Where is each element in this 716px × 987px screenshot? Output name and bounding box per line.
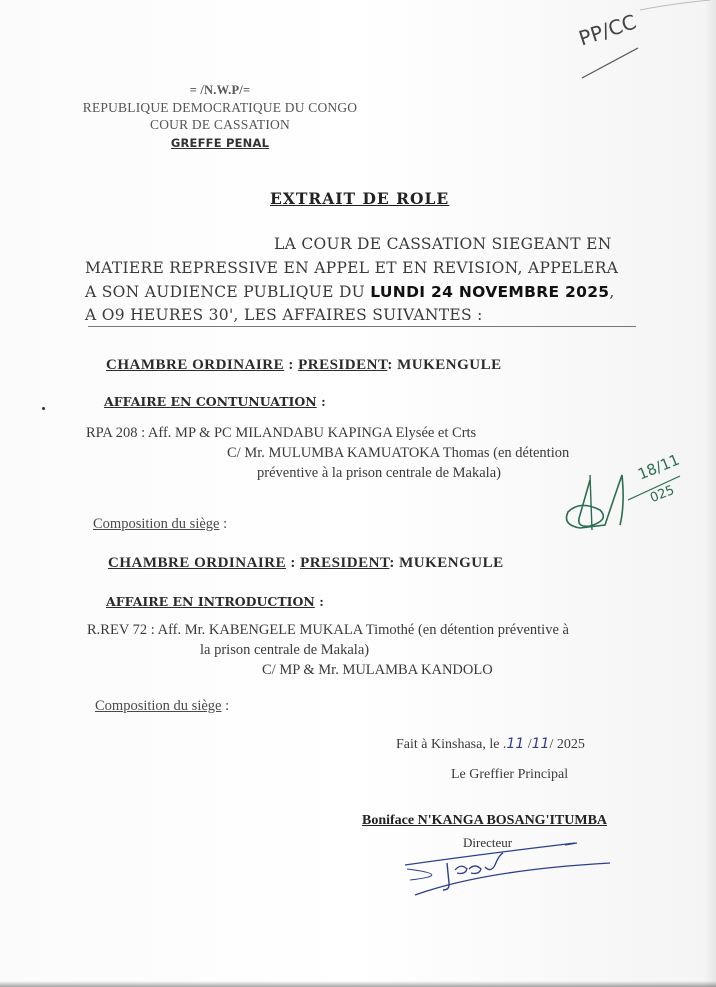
chamber-label: CHAMBRE ORDINAIRE bbox=[108, 555, 286, 571]
separator: : bbox=[286, 555, 300, 571]
case-line: RPA 208 : Aff. MP & PC MILANDABU KAPINGA… bbox=[86, 425, 476, 442]
court-name: COUR DE CASSATION bbox=[70, 117, 370, 133]
hearing-date: LUNDI 24 NOVEMBRE 2025 bbox=[370, 283, 609, 301]
document-title: EXTRAIT DE ROLE bbox=[270, 189, 449, 208]
president-label: PRESIDENT bbox=[298, 357, 387, 373]
composition-1: Composition du siège : bbox=[93, 515, 227, 533]
composition-suffix: : bbox=[221, 698, 229, 714]
handwritten-month: 11 bbox=[532, 736, 550, 752]
separator: : bbox=[389, 555, 399, 571]
president-name: MUKENGULE bbox=[399, 555, 504, 571]
place-and-date: Fait à Kinshasa, le .11 /11/ 2025 bbox=[396, 736, 585, 753]
composition-label: Composition du siège bbox=[95, 698, 221, 714]
intro-line-1: LA COUR DE CASSATION SIEGEANT EN bbox=[274, 235, 612, 253]
page-edge-shadow bbox=[704, 0, 716, 987]
intro-line-3-suffix: , bbox=[609, 283, 614, 301]
composition-suffix: : bbox=[219, 516, 227, 532]
stray-mark bbox=[42, 407, 45, 410]
handwritten-day: 11 bbox=[506, 736, 524, 752]
composition-label: Composition du siège bbox=[93, 516, 219, 532]
chamber-heading-2: CHAMBRE ORDINAIRE : PRESIDENT: MUKENGULE bbox=[108, 555, 504, 572]
intro-line-2: MATIERE REPRESSIVE EN APPEL ET EN REVISI… bbox=[85, 259, 618, 277]
intro-line-3-prefix: A SON AUDIENCE PUBLIQUE DU bbox=[85, 283, 370, 301]
affaire-type-suffix: : bbox=[317, 394, 326, 409]
affaire-type-2: AFFAIRE EN INTRODUCTION : bbox=[106, 593, 324, 611]
intro-line-3: A SON AUDIENCE PUBLIQUE DU LUNDI 24 NOVE… bbox=[85, 283, 615, 301]
affaire-type-label: AFFAIRE EN CONTUNUATION bbox=[104, 394, 317, 409]
affaire-type-suffix: : bbox=[315, 594, 324, 609]
page-bottom-shadow bbox=[0, 981, 716, 987]
office-name: GREFFE PENAL bbox=[70, 136, 370, 150]
annotation-underline-stroke bbox=[580, 40, 640, 80]
case-line: la prison centrale de Makala) bbox=[200, 642, 369, 659]
place-prefix: Fait à Kinshasa, le . bbox=[396, 737, 506, 752]
case-line: préventive à la prison centrale de Makal… bbox=[257, 465, 501, 482]
case-line: C/ Mr. MULUMBA KAMUATOKA Thomas (en déte… bbox=[227, 445, 569, 462]
case-line: R.REV 72 : Aff. Mr. KABENGELE MUKALA Tim… bbox=[87, 622, 569, 639]
president-label: PRESIDENT bbox=[300, 555, 389, 571]
chamber-label: CHAMBRE ORDINAIRE bbox=[106, 357, 284, 373]
affaire-type-1: AFFAIRE EN CONTUNUATION : bbox=[104, 393, 326, 411]
country-name: REPUBLIQUE DEMOCRATIQUE DU CONGO bbox=[70, 100, 370, 116]
green-signature bbox=[560, 470, 690, 540]
separator: : bbox=[284, 357, 298, 373]
president-name: MUKENGULE bbox=[397, 357, 502, 373]
case-line: C/ MP & Mr. MULAMBA KANDOLO bbox=[262, 662, 493, 679]
motto: = /N.W.P/= bbox=[70, 83, 370, 98]
composition-2: Composition du siège : bbox=[95, 697, 229, 715]
document-page: PP/CC = /N.W.P/= REPUBLIQUE DEMOCRATIQUE… bbox=[0, 0, 716, 987]
intro-divider bbox=[88, 326, 636, 327]
signatory-role: Le Greffier Principal bbox=[451, 767, 568, 783]
affaire-type-label: AFFAIRE EN INTRODUCTION bbox=[106, 594, 315, 609]
date-separator: / bbox=[524, 737, 531, 752]
intro-line-4: A O9 HEURES 30', LES AFFAIRES SUIVANTES … bbox=[85, 306, 483, 324]
blue-signature bbox=[395, 835, 625, 905]
separator: : bbox=[387, 357, 397, 373]
date-year: / 2025 bbox=[549, 737, 584, 752]
signatory-name: Boniface N'KANGA BOSANG'ITUMBA bbox=[362, 813, 607, 829]
chamber-heading-1: CHAMBRE ORDINAIRE : PRESIDENT: MUKENGULE bbox=[106, 357, 502, 374]
